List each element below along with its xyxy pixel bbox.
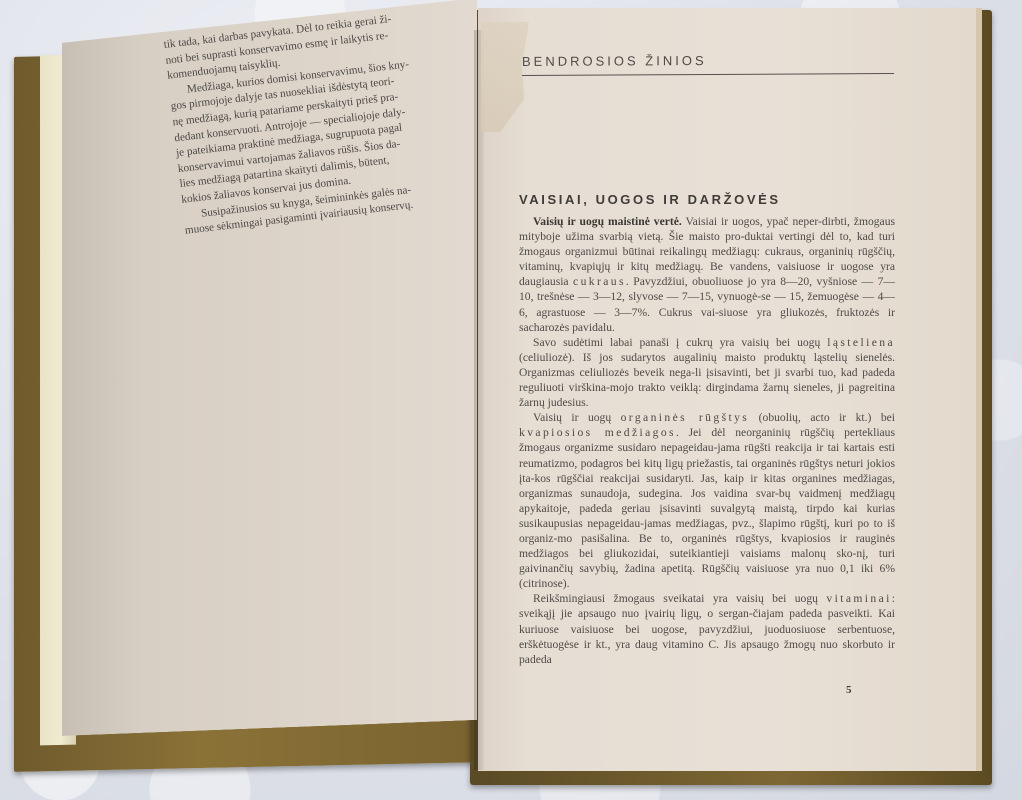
spaced-term: vitaminai: [826, 592, 891, 605]
spaced-term: cukraus: [573, 275, 626, 288]
spaced-term: organinės rūgštys: [621, 411, 750, 424]
running-head: BENDROSIOS ŽINIOS: [522, 52, 894, 76]
chapter-title: VAISIAI, UOGOS IR DARŽOVĖS: [519, 192, 781, 207]
spaced-term: ląsteliena: [827, 336, 895, 349]
paragraph-vitamins: Reikšmingiausi žmogaus sveikatai yra vai…: [519, 591, 895, 666]
paragraph-cellulose: Savo sudėtimi labai panaši į cukrų yra v…: [519, 335, 895, 410]
section-heading: Vaisių ir uogų maistinė vertė.: [533, 215, 682, 228]
spaced-term: kvapiosios medžiagos: [519, 426, 676, 439]
book-gutter: [474, 30, 484, 770]
left-page-text: tik tada, kai darbas pavykata. Dėl to re…: [163, 7, 454, 239]
right-page-text: Vaisių ir uogų maistinė vertė. Vaisiai i…: [519, 214, 895, 667]
paragraph-nutritional-value: Vaisių ir uogų maistinė vertė. Vaisiai i…: [519, 214, 895, 335]
paragraph-organic-acids: Vaisių ir uogų organinės rūgštys (obuoli…: [519, 410, 895, 591]
page-number: 5: [846, 684, 852, 696]
